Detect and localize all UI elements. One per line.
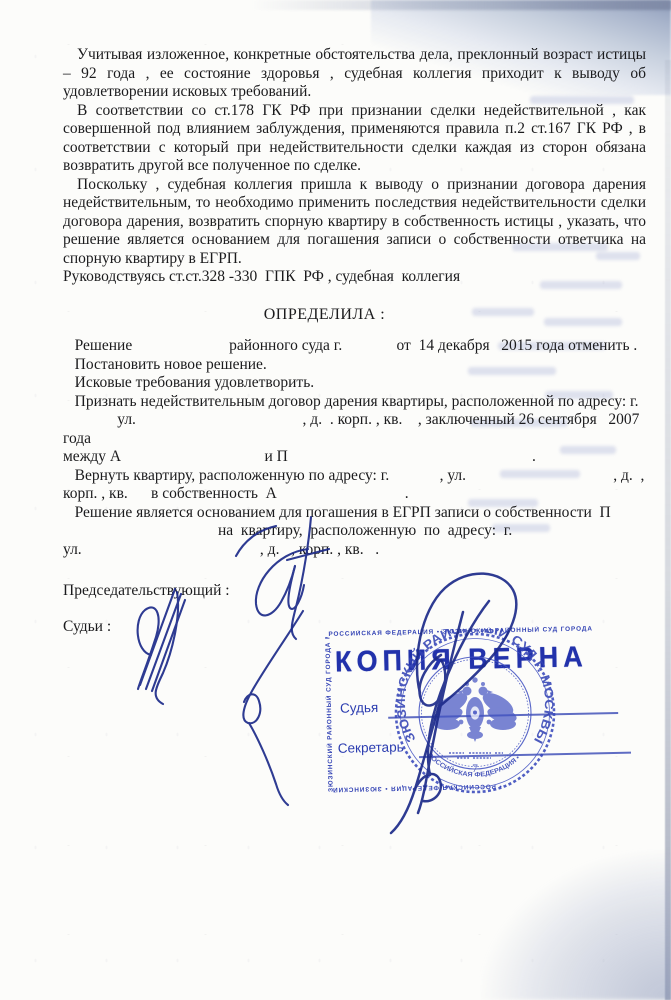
seal-number: 7 [472,763,478,775]
presiding-judge-label: Председательствующий : [63,582,646,601]
operative-line: корп. , кв. в собственность А . [63,485,646,504]
scan-shadow-top-edge [251,0,671,10]
scanned-court-document-page: Учитывая изложенное, конкретные обстояте… [0,0,671,1000]
operative-line: Исковые требования удовлетворить. [63,374,646,393]
operative-line: Решение является основанием для погашени… [63,504,646,523]
operative-line: на квартиру, расположенную по адресу: г. [63,522,646,541]
stamp-frame-text-left: ЗЮЗИНСКИЙ РАЙОННЫЙ СУД ГОРОДА МОСКВЫ • [325,637,335,792]
operative-line: Признать недействительным договор дарени… [63,393,646,412]
operative-line: ул. , д. , корп. , кв. . [63,541,646,560]
paragraph-article-178: В соответствии со ст.178 ГК РФ при призн… [63,102,646,176]
operative-line: Постановить новое решение. [63,356,646,375]
paragraph-guided-by: Руководствуясь ст.ст.328 -330 ГПК РФ , с… [63,268,646,287]
paragraph-considering: Учитывая изложенное, конкретные обстояте… [63,46,646,102]
operative-line: ул. , д. . корп. , кв. , заключенный 26 … [63,411,646,448]
document-body: Учитывая изложенное, конкретные обстояте… [63,46,646,636]
judge2-signature [243,611,303,805]
ruling-heading: ОПРЕДЕЛИЛА : [63,306,586,325]
scan-shadow-bottom-right [481,850,671,1000]
operative-line: Вернуть квартиру, расположенную по адрес… [63,467,646,486]
paragraph-consequences: Поскольку , судебная коллегия пришла к в… [63,176,646,269]
operative-line: Решение районного суда г. от 14 декабря … [63,337,646,356]
operative-line: между А и П . [63,448,646,467]
court-round-seal: ЗЮЗИНСКИЙ РАЙОННЫЙ СУД Г. МОСКВЫ • РОССИ… [391,629,559,797]
eagle-shield-rider [473,711,477,715]
stamp-judge-label: Судья [340,700,379,716]
seal-small-text-marks [449,753,503,758]
